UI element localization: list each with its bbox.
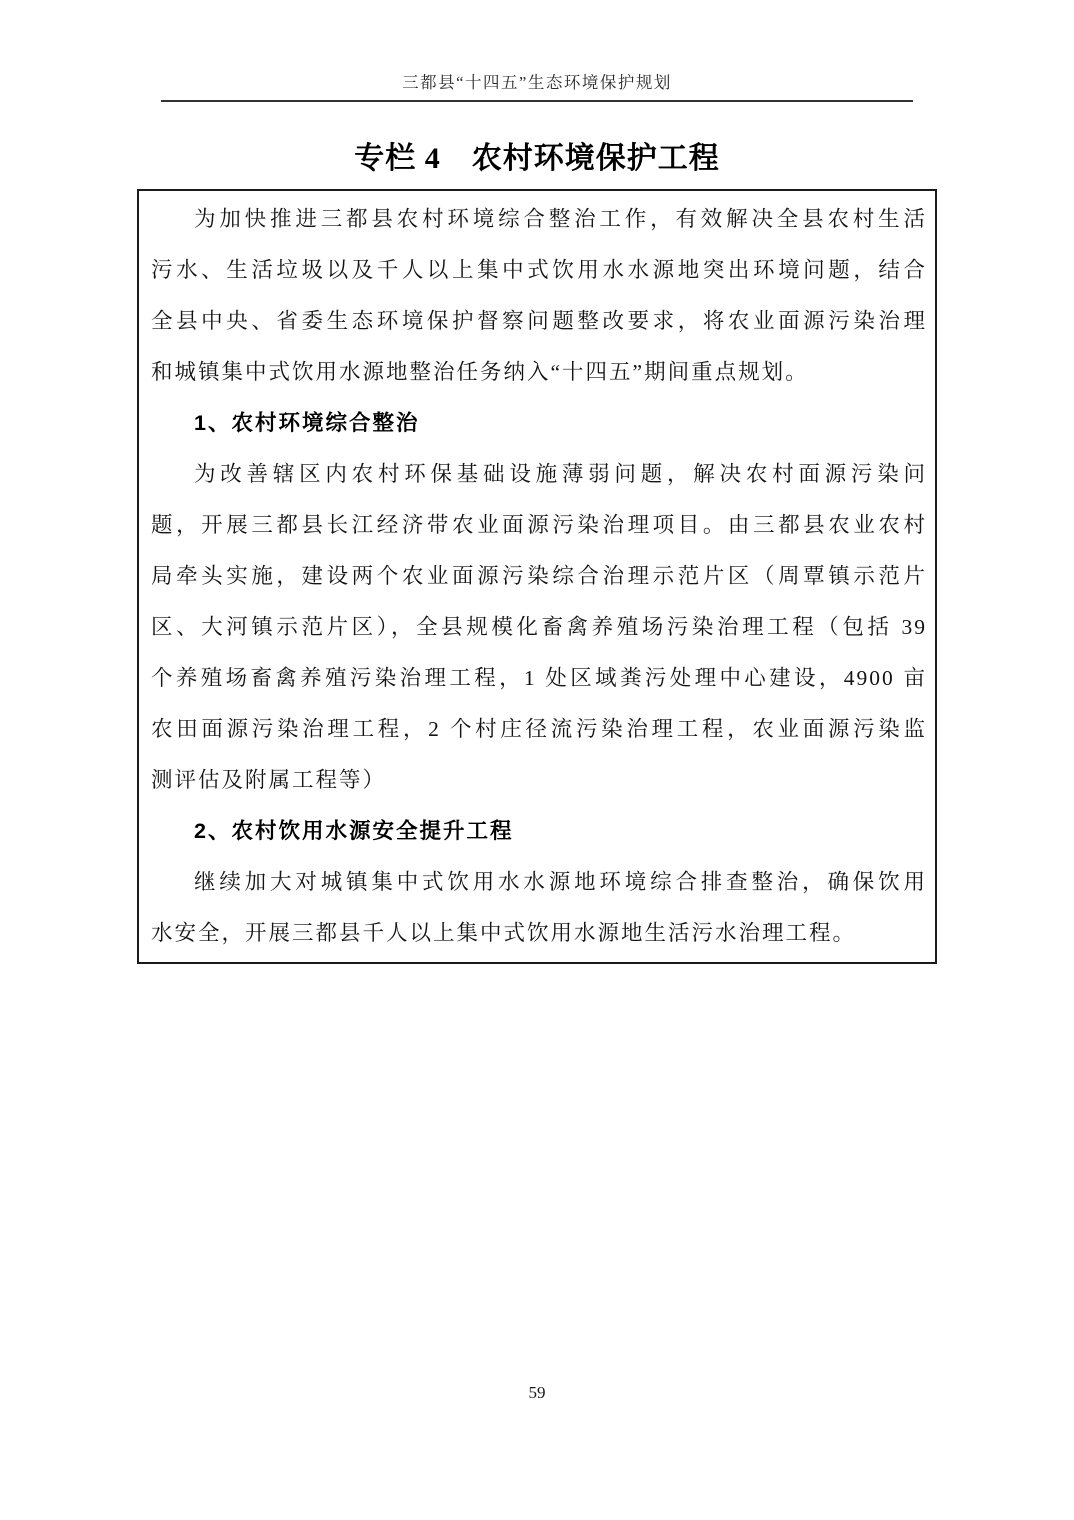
text-line: 水安全，开展三都县千人以上集中式饮用水源地生活污水治理工程。 — [151, 908, 927, 959]
document-page: { "header": { "title": "三都县“十四五”生态环境保护规划… — [0, 0, 1074, 1520]
page-number: 59 — [0, 1383, 1074, 1403]
text-line: 为加快推进三都县农村环境综合整治工作，有效解决全县农村生活 — [151, 194, 927, 245]
text-line: 和城镇集中式饮用水源地整治任务纳入“十四五”期间重点规划。 — [151, 347, 927, 398]
section-heading: 2、农村饮用水源安全提升工程 — [151, 806, 927, 857]
text-line: 污水、生活垃圾以及千人以上集中式饮用水水源地突出环境问题，结合 — [151, 245, 927, 296]
paragraph: 为改善辖区内农村环保基础设施薄弱问题，解决农村面源污染问题，开展三都县长江经济带… — [151, 449, 927, 806]
header-divider-line — [161, 100, 913, 102]
paragraph: 继续加大对城镇集中式饮用水水源地环境综合排查整治，确保饮用水安全，开展三都县千人… — [151, 857, 927, 959]
running-header-title: 三都县“十四五”生态环境保护规划 — [0, 0, 1074, 93]
text-line: 局牵头实施，建设两个农业面源污染综合治理示范片区（周覃镇示范片 — [151, 551, 927, 602]
paragraph: 为加快推进三都县农村环境综合整治工作，有效解决全县农村生活污水、生活垃圾以及千人… — [151, 194, 927, 398]
content-box: 为加快推进三都县农村环境综合整治工作，有效解决全县农村生活污水、生活垃圾以及千人… — [137, 189, 937, 964]
section-heading: 1、农村环境综合整治 — [151, 398, 927, 449]
text-line: 区、大河镇示范片区），全县规模化畜禽养殖场污染治理工程（包括 39 — [151, 602, 927, 653]
text-line: 测评估及附属工程等） — [151, 755, 927, 806]
text-line: 继续加大对城镇集中式饮用水水源地环境综合排查整治，确保饮用 — [151, 857, 927, 908]
text-line: 全县中央、省委生态环境保护督察问题整改要求，将农业面源污染治理 — [151, 296, 927, 347]
text-line: 农田面源污染治理工程，2 个村庄径流污染治理工程，农业面源污染监 — [151, 704, 927, 755]
text-line: 个养殖场畜禽养殖污染治理工程，1 处区域粪污处理中心建设，4900 亩 — [151, 653, 927, 704]
page-title: 专栏 4 农村环境保护工程 — [0, 133, 1074, 177]
text-line: 题，开展三都县长江经济带农业面源污染治理项目。由三都县农业农村 — [151, 500, 927, 551]
text-line: 为改善辖区内农村环保基础设施薄弱问题，解决农村面源污染问 — [151, 449, 927, 500]
box-content: 为加快推进三都县农村环境综合整治工作，有效解决全县农村生活污水、生活垃圾以及千人… — [151, 194, 927, 959]
